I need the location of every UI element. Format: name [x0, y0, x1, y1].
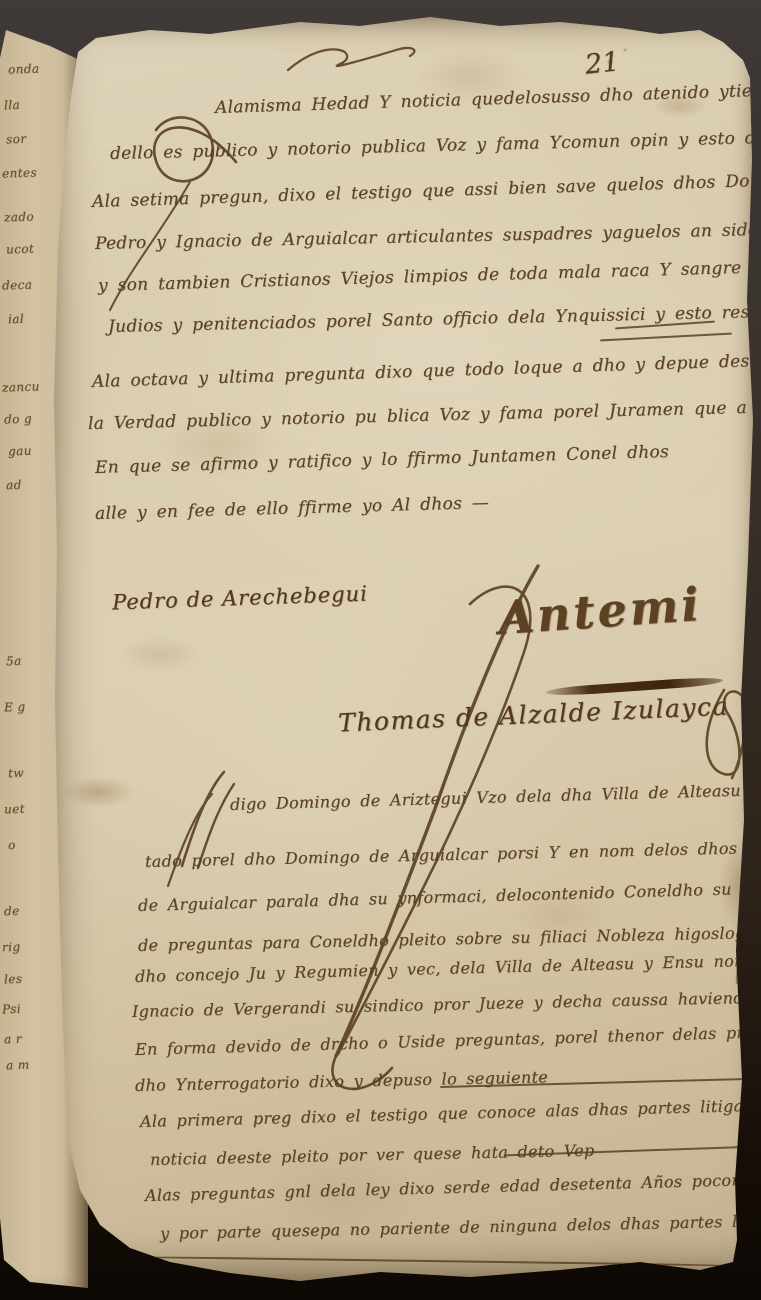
manuscript-line: y por parte quesepa no pariente de ningu…	[160, 1211, 761, 1243]
margin-fragment: deca	[2, 277, 33, 292]
ink-streak	[736, 892, 745, 984]
manuscript-line: digo Domingo de Ariztegui Vzo dela dha V…	[230, 776, 761, 814]
manuscript-line: tado porel dho Domingo de Arguialcar por…	[145, 835, 761, 871]
manuscript-line: Ala octava y ultima pregunta dixo que to…	[92, 349, 761, 392]
manuscript-line: Judios y penitenciados porel Santo offic…	[108, 302, 761, 337]
manuscript-line: En forma devido de drcho o Uside pregunt…	[135, 1020, 761, 1059]
manuscript-page: 21 Alamisma Hedad Y noticia quedelosusso…	[40, 14, 755, 1286]
margin-fragment: ial	[8, 312, 25, 327]
manuscript-line: Pedro y Ignacio de Arguialcar articulant…	[95, 220, 759, 254]
margin-fragment: onda	[8, 61, 40, 76]
manuscript-line: dho Ynterrogatorio dixo y depuso lo segu…	[135, 1067, 548, 1095]
margin-fragment: a m	[6, 1058, 30, 1073]
margin-fragment: uet	[4, 802, 25, 817]
ink-rule	[600, 333, 732, 342]
margin-fragment: de	[4, 904, 20, 919]
central-rubric-2	[338, 587, 530, 1054]
folio-number: 21	[583, 46, 620, 80]
manuscript-line: Ignacio de Vergerandi su sindico pror Ju…	[132, 986, 761, 1021]
margin-fragment: zancu	[2, 379, 40, 394]
margin-fragment: ad	[6, 478, 22, 493]
manuscript-line: y son tambien Cristianos Viejos limpios …	[98, 255, 761, 296]
margin-fragment: entes	[2, 165, 37, 180]
margin-fragment: rig	[2, 940, 21, 955]
margin-fragment: ucot	[6, 242, 35, 257]
manuscript-line: de preguntas para Coneldho pleito sobre …	[138, 920, 761, 955]
margin-fragment: gau	[8, 444, 32, 459]
margin-fragment: tw	[8, 766, 24, 781]
margin-fragment: lla	[4, 98, 21, 113]
signature-witness: Pedro de Arechebegui	[112, 582, 369, 615]
top-flourish	[288, 48, 414, 70]
signature-notary: Thomas de Alzalde Izulayca	[338, 691, 730, 737]
margin-fragment: les	[4, 972, 23, 987]
photo-backdrop: { "document": { "type": "historical manu…	[0, 0, 761, 1300]
manuscript-line: de Arguialcar parala dha su ynformaci, d…	[138, 875, 761, 915]
signature-ante-mi: Antemi	[496, 577, 703, 645]
manuscript-line: Ala primera preg dixo el testigo que con…	[140, 1093, 761, 1131]
margin-fragment: E g	[4, 700, 26, 715]
margin-fragment: do g	[4, 412, 32, 427]
initial-flourish-block2-c	[168, 794, 212, 886]
manuscript-line: Alas preguntas gnl dela ley dixo serde e…	[145, 1169, 761, 1205]
margin-fragment: Psi	[2, 1002, 21, 1017]
manuscript-line: Alamisma Hedad Y noticia quedelosusso dh…	[215, 80, 761, 118]
manuscript-line: dello es publico y notorio publica Voz y…	[110, 127, 761, 164]
margin-fragment: sor	[6, 132, 27, 147]
manuscript-line: alle y en fee de ello ffirme yo Al dhos …	[95, 493, 490, 524]
margin-fragment: 5a	[6, 654, 22, 669]
manuscript-line: dho concejo Ju y Regumien y vec, dela Vi…	[135, 949, 761, 986]
margin-fragment: zado	[4, 209, 34, 224]
manuscript-line: la Verdad publico y notorio pu blica Voz…	[88, 397, 761, 434]
ink-rule-bottom	[110, 1256, 746, 1267]
manuscript-line: En que se afirmo y ratifico y lo ffirmo …	[95, 442, 670, 478]
manuscript-line: Ala setima pregun, dixo el testigo que a…	[92, 170, 761, 212]
margin-fragment: o	[8, 838, 16, 852]
margin-fragment: a r	[4, 1032, 22, 1047]
